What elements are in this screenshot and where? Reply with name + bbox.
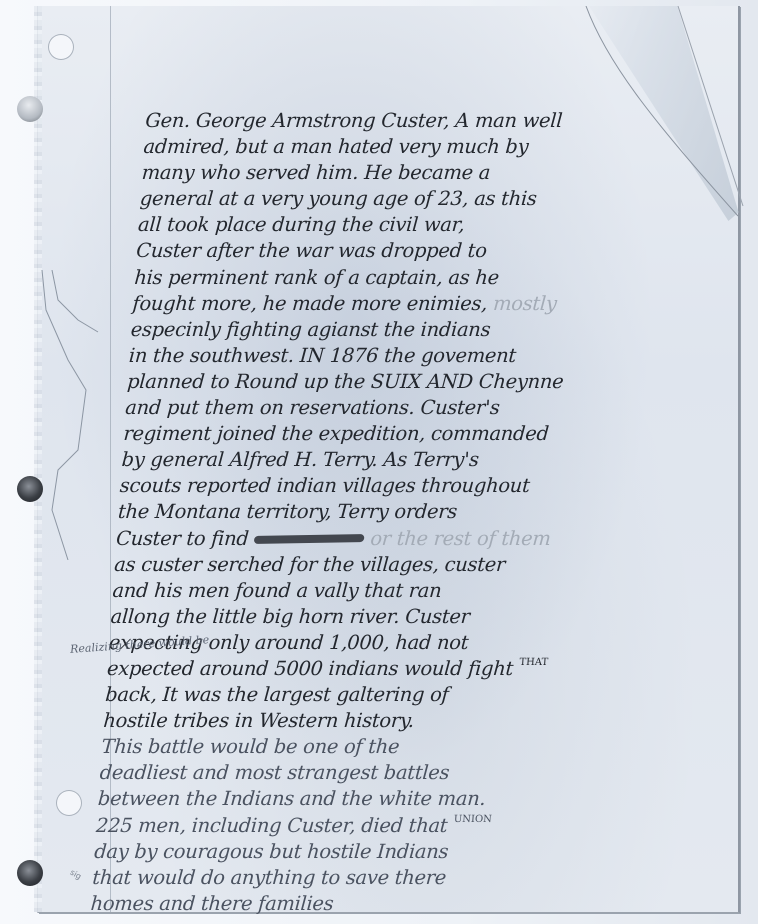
text-line: scouts reported indian villages througho… [119, 473, 741, 499]
insert-that: THAT [519, 657, 549, 668]
text-line: as custer serched for the villages, cust… [113, 552, 735, 578]
text-line: admired, but a man hated very much by [143, 134, 758, 160]
text-line: homes and there families [90, 891, 712, 917]
text-line: and his men found a vally that ran [112, 578, 734, 604]
text-line: allong the little big horn river. Custer [110, 604, 732, 630]
punch-hole [17, 96, 43, 122]
handwritten-essay: Gen. George Armstrong Custer, A man well… [90, 108, 758, 917]
text-line-with-insert: fought more, he made more enimies, mostl… [132, 291, 754, 317]
text-segment: 225 men, including Custer, died that [95, 814, 448, 837]
punch-hole [17, 860, 43, 886]
text-line: in the southwest. IN 1876 the govement [128, 343, 750, 369]
text-line: planned to Round up the SUIX AND Cheynne [126, 369, 748, 395]
text-line: day by couragous but hostile Indians [93, 839, 715, 865]
punch-hole [56, 790, 82, 816]
text-line: by general Alfred H. Terry. As Terry's [121, 447, 743, 473]
text-line: between the Indians and the white man. [97, 786, 719, 812]
text-line: regiment joined the expedition, commande… [123, 421, 745, 447]
text-line-with-insert: 225 men, including Custer, died that UNI… [95, 813, 717, 839]
punch-hole [48, 34, 74, 60]
text-line: Custer after the war was dropped to [135, 238, 757, 264]
text-line: especinly fighting agianst the indians [130, 317, 752, 343]
faint-insert: or the rest of them [370, 527, 552, 550]
scribbled-out-words [254, 534, 365, 544]
text-line: that would do anything to save there [92, 865, 714, 891]
text-line-with-scribble: Custer to find or the rest of them [115, 526, 737, 552]
text-line-with-insert: expected around 5000 indians would fight… [106, 656, 728, 682]
text-line: his perminent rank of a captain, as he [134, 265, 756, 291]
text-line: This battle would be one of the [101, 734, 723, 760]
punch-hole [17, 476, 43, 502]
text-line: the Montana territory, Terry orders [117, 499, 739, 525]
text-segment: expected around 5000 indians would fight [106, 657, 514, 680]
text-line: back, It was the largest galtering of [104, 682, 726, 708]
text-segment: fought more, he made more enimies, [132, 292, 488, 315]
text-line: general at a very young age of 23, as th… [139, 186, 758, 212]
text-line: deadliest and most strangest battles [99, 760, 721, 786]
text-line: many who served him. He became a [141, 160, 758, 186]
text-line: Gen. George Armstrong Custer, A man well [144, 108, 758, 134]
text-segment: Custer to find [115, 527, 249, 550]
text-line: and put them on reservations. Custer's [124, 395, 746, 421]
faint-insert: mostly [492, 292, 557, 315]
text-line: hostile tribes in Western history. [102, 708, 724, 734]
text-line: all took place during the civil war, [137, 212, 758, 238]
insert-union: UNION [453, 814, 492, 825]
